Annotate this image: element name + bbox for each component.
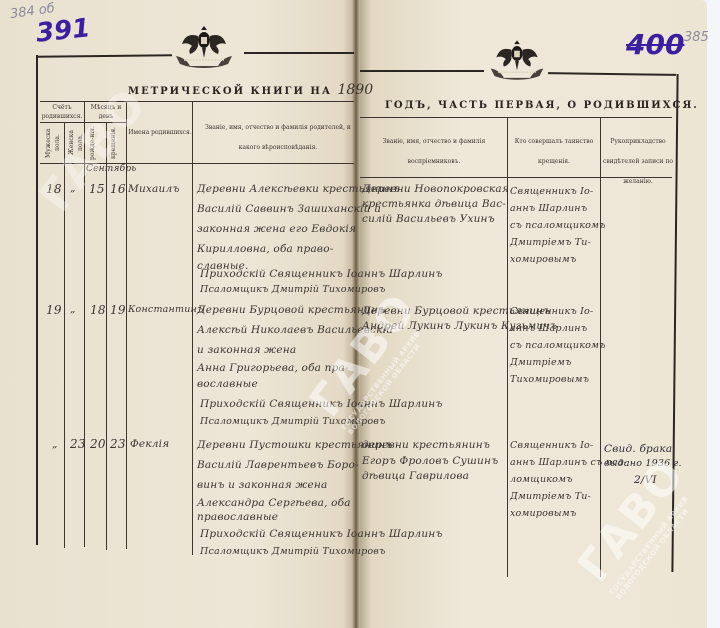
entry-number: 19 xyxy=(46,303,62,317)
entry-male-number: 23 xyxy=(70,437,86,451)
godparents-line: Егоръ Фроловъ Сушинъ xyxy=(362,455,498,467)
register-book-spread: 384 об 391 400 385 xyxy=(0,0,720,628)
performed-by-line: хомировымъ xyxy=(510,508,576,519)
header-female: Женска пола. xyxy=(67,126,85,160)
month-label: Сентябрь xyxy=(86,164,136,174)
header-born: рожде-нія. xyxy=(88,126,97,160)
header-top-line-left xyxy=(40,101,354,102)
entry-born-day: 18 xyxy=(90,303,106,317)
performed-by-line: Священникъ Іо- xyxy=(510,440,593,451)
header-performed-by: Кто совершалъ таинство крещенія. xyxy=(510,132,598,172)
header-parents: Званіе, имя, отчество и фамилія родителе… xyxy=(198,118,358,158)
entry-child-name: Константинъ xyxy=(128,304,204,315)
entry-baptized-day: 19 xyxy=(110,303,126,317)
col-line-2 xyxy=(84,101,85,547)
entry-baptized-day: 23 xyxy=(110,437,126,451)
performed-by-line: Тихомировымъ xyxy=(510,374,589,385)
title-left: МЕТРИЧЕСКОЙ КНИГИ НА 1890 xyxy=(128,82,373,98)
performed-by-line: Дмитріемъ Ти- xyxy=(510,237,591,248)
certification-note: 2/VI xyxy=(634,474,657,486)
performed-by-line: хомировымъ xyxy=(510,254,576,265)
clergy-signature: Псаломщикъ Дмитрій Тихомировъ xyxy=(200,416,386,427)
frame-left-border xyxy=(36,55,38,545)
entry-female-mark: „ xyxy=(52,438,58,450)
parents-line: вославные xyxy=(197,378,258,390)
archive-number-right: 385 xyxy=(684,30,709,45)
entry-child-name: Феклія xyxy=(130,438,169,450)
parents-line: Деревни Бурцовой крестьянинъ xyxy=(197,304,385,316)
certification-note: Свид. брака xyxy=(604,443,672,455)
background-edge xyxy=(707,0,720,628)
header-godparents: Званіе, имя, отчество и фамилія воспріем… xyxy=(366,132,502,172)
performed-by-line: Священникъ Іо- xyxy=(510,306,593,317)
parents-line: Василій Лаврентьевъ Боро- xyxy=(197,459,359,471)
performed-by-line: аннъ Шарлинъ xyxy=(510,323,587,334)
stamp-number-right: 400 xyxy=(626,28,684,61)
imperial-eagle-emblem-left xyxy=(172,22,236,74)
header-male: Мужеска пола. xyxy=(44,126,62,160)
col-line-3 xyxy=(106,122,107,550)
godparents-line: дѣвица Гаврилова xyxy=(362,470,469,482)
clergy-signature: Псаломщикъ Дмитрій Тихомировъ xyxy=(200,284,386,295)
header-certification: Рукоприкладство свидѣтелей записи по жел… xyxy=(603,132,673,192)
performed-by-line: съ псаломщикомъ xyxy=(510,340,606,351)
stamp-number-left: 391 xyxy=(35,13,92,49)
entry-number: 18 xyxy=(46,182,62,196)
performed-by-line: Дмитріемъ Ти- xyxy=(510,491,591,502)
clergy-signature: Псаломщикъ Дмитрій Тихомировъ xyxy=(200,546,386,557)
parents-line: законная жена его Евдокія xyxy=(197,223,356,235)
header-baptized: крещенія. xyxy=(109,126,118,160)
clergy-signature: Приходскій Священникъ Іоаннъ Шарлинъ xyxy=(200,398,443,410)
frame-top-right-a xyxy=(360,70,484,72)
certification-note: выдано 1936 г. xyxy=(604,458,682,469)
performed-by-line: Священникъ Іо- xyxy=(510,186,593,197)
title-right: ГОДЪ, ЧАСТЬ ПЕРВАЯ, О РОДИВШИХСЯ. xyxy=(385,100,699,111)
parents-line: Василій Саввинъ Зашиханскій и xyxy=(197,203,381,215)
godparents-line: крестьянка дѣвица Вас- xyxy=(362,198,506,210)
parents-line: православные xyxy=(197,511,278,523)
parents-line: Кирилловна, оба право- xyxy=(197,243,333,255)
parents-line: и законная жена xyxy=(197,344,296,356)
header-names: Имена родившихся. xyxy=(128,128,192,137)
title-left-text: МЕТРИЧЕСКОЙ КНИГИ НА xyxy=(128,86,332,97)
parents-line: винъ и законная жена xyxy=(197,479,328,491)
entry-baptized-day: 16 xyxy=(110,182,126,196)
year-value: 1890 xyxy=(337,82,373,98)
col-line-5 xyxy=(192,101,193,555)
entry-female-mark: „ xyxy=(70,182,76,194)
parents-line: Анна Григорьева, оба пра- xyxy=(197,362,349,374)
clergy-signature: Приходскій Священникъ Іоаннъ Шарлинъ xyxy=(200,268,443,280)
entry-born-day: 15 xyxy=(89,182,105,196)
performed-by-line: аннъ Шарлинъ xyxy=(510,203,587,214)
header-top-line-right xyxy=(360,117,672,118)
imperial-eagle-emblem-right xyxy=(487,36,547,86)
entry-child-name: Михаилъ xyxy=(128,183,180,195)
header-month-day: Мѣсяцъ и день xyxy=(86,103,126,121)
parents-line: Александра Сергѣева, оба xyxy=(197,497,351,509)
performed-by-line: съ псаломщикомъ xyxy=(510,220,606,231)
performed-by-line: ломщикомъ xyxy=(510,474,573,485)
godparents-line: деревни крестьянинъ xyxy=(362,439,490,451)
header-subline-left xyxy=(40,122,126,123)
entry-born-day: 20 xyxy=(90,437,106,451)
entry-female-mark: „ xyxy=(70,303,76,315)
clergy-signature: Приходскій Священникъ Іоаннъ Шарлинъ xyxy=(200,528,443,540)
header-birth-count: Счётъ родившихся. xyxy=(40,103,84,121)
godparents-line: Деревни Новопокровская xyxy=(362,183,509,195)
performed-by-line: Дмитріемъ xyxy=(510,357,571,368)
frame-top-left-b xyxy=(244,52,354,54)
godparents-line: силій Васильевъ Ухинъ xyxy=(362,213,495,225)
col-line-1 xyxy=(64,122,65,548)
